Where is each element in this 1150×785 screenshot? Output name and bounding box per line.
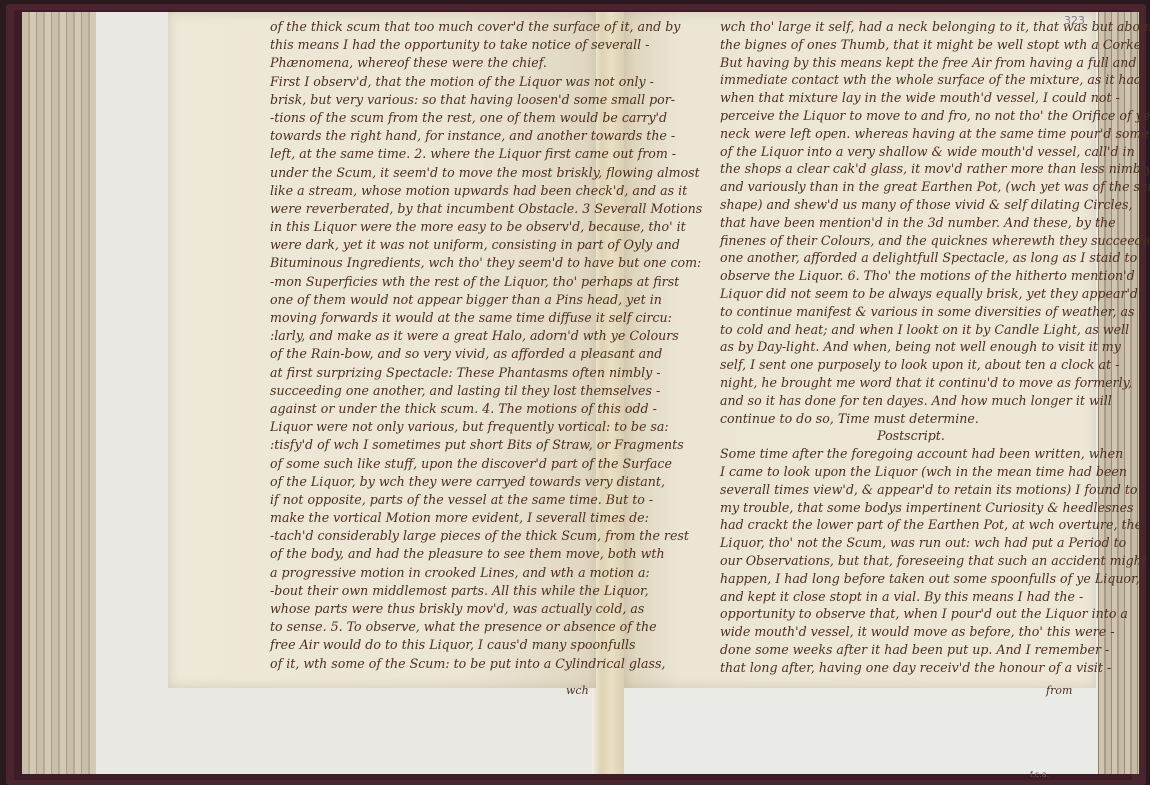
postscript-heading: Postscript.: [720, 427, 1092, 445]
manuscript-line: Liquor did not seem to be always equally…: [720, 285, 1092, 303]
left-page-text: of the thick scum that too much cover'd …: [270, 18, 596, 673]
manuscript-line: that long after, having one day receiv'd…: [720, 659, 1092, 677]
manuscript-line: the shops a clear cak'd glass, it mov'd …: [720, 160, 1092, 178]
manuscript-line: our Observations, but that, foreseeing t…: [720, 552, 1092, 570]
manuscript-line: in this Liquor were the more easy to be …: [270, 218, 596, 236]
manuscript-line: opportunity to observe that, when I pour…: [720, 605, 1092, 623]
manuscript-line: make the vortical Motion more evident, I…: [270, 509, 596, 527]
manuscript-line: Phænomena, whereof these were the chief.: [270, 54, 596, 72]
manuscript-line: of the Liquor into a very shallow & wide…: [720, 143, 1092, 161]
manuscript-line: and so it has done for ten dayes. And ho…: [720, 392, 1092, 410]
manuscript-line: were dark, yet it was not uniform, consi…: [270, 236, 596, 254]
manuscript-line: as by Day-light. And when, being not wel…: [720, 338, 1092, 356]
manuscript-line: Liquor were not only various, but freque…: [270, 418, 596, 436]
manuscript-line: brisk, but very various: so that having …: [270, 91, 596, 109]
manuscript-line: free Air would do to this Liquor, I caus…: [270, 636, 596, 654]
manuscript-line: left, at the same time. 2. where the Liq…: [270, 145, 596, 163]
manuscript-line: -tions of the scum from the rest, one of…: [270, 109, 596, 127]
manuscript-line: of it, wth some of the Scum: to be put i…: [270, 655, 596, 673]
right-page-text: wch tho' large it self, had a neck belon…: [720, 18, 1092, 676]
manuscript-line: the bignes of ones Thumb, that it might …: [720, 36, 1092, 54]
manuscript-line: like a stream, whose motion upwards had …: [270, 182, 596, 200]
manuscript-line: that have been mention'd in the 3d numbe…: [720, 214, 1092, 232]
manuscript-line: were reverberated, by that incumbent Obs…: [270, 200, 596, 218]
manuscript-line: :tisfy'd of wch I sometimes put short Bi…: [270, 436, 596, 454]
manuscript-line: and variously than in the great Earthen …: [720, 178, 1092, 196]
left-page-edges: [22, 12, 99, 774]
manuscript-line: wide mouth'd vessel, it would move as be…: [720, 623, 1092, 641]
manuscript-line: immediate contact wth the whole surface …: [720, 71, 1092, 89]
manuscript-line: -mon Superficies wth the rest of the Liq…: [270, 273, 596, 291]
manuscript-line: Bituminous Ingredients, wch tho' they se…: [270, 254, 596, 272]
manuscript-line: I came to look upon the Liquor (wch in t…: [720, 463, 1092, 481]
manuscript-line: -tach'd considerably large pieces of the…: [270, 527, 596, 545]
manuscript-line: night, he brought me word that it contin…: [720, 374, 1092, 392]
manuscript-line: of some such like stuff, upon the discov…: [270, 455, 596, 473]
bottom-edge-mark: f.c.a.: [1030, 770, 1049, 779]
manuscript-line: First I observ'd, that the motion of the…: [270, 73, 596, 91]
manuscript-line: one of them would not appear bigger than…: [270, 291, 596, 309]
manuscript-line: if not opposite, parts of the vessel at …: [270, 491, 596, 509]
manuscript-line: one another, afforded a delightfull Spec…: [720, 249, 1092, 267]
left-catchword: wch: [566, 684, 589, 697]
manuscript-line: towards the right hand, for instance, an…: [270, 127, 596, 145]
manuscript-line: observe the Liquor. 6. Tho' the motions …: [720, 267, 1092, 285]
manuscript-line: and kept it close stopt in a vial. By th…: [720, 588, 1092, 606]
manuscript-line: to continue manifest & various in some d…: [720, 303, 1092, 321]
manuscript-line: of the thick scum that too much cover'd …: [270, 18, 596, 36]
manuscript-line: of the Liquor, by wch they were carryed …: [270, 473, 596, 491]
manuscript-line: whose parts were thus briskly mov'd, was…: [270, 600, 596, 618]
manuscript-line: against or under the thick scum. 4. The …: [270, 400, 596, 418]
manuscript-line: to sense. 5. To observe, what the presen…: [270, 618, 596, 636]
manuscript-line: had crackt the lower part of the Earthen…: [720, 516, 1092, 534]
manuscript-line: :larly, and make as it were a great Halo…: [270, 327, 596, 345]
manuscript-line: of the body, and had the pleasure to see…: [270, 545, 596, 563]
manuscript-line: moving forwards it would at the same tim…: [270, 309, 596, 327]
manuscript-line: a progressive motion in crooked Lines, a…: [270, 564, 596, 582]
right-catchword: from: [1046, 684, 1072, 697]
manuscript-line: self, I sent one purposely to look upon …: [720, 356, 1092, 374]
manuscript-line: severall times view'd, & appear'd to ret…: [720, 481, 1092, 499]
manuscript-line: Some time after the foregoing account ha…: [720, 445, 1092, 463]
manuscript-line: wch tho' large it self, had a neck belon…: [720, 18, 1092, 36]
manuscript-line: But having by this means kept the free A…: [720, 54, 1092, 72]
manuscript-line: done some weeks after it had been put up…: [720, 641, 1092, 659]
manuscript-line: when that mixture lay in the wide mouth'…: [720, 89, 1092, 107]
manuscript-line: at first surprizing Spectacle: These Pha…: [270, 364, 596, 382]
manuscript-line: of the Rain-bow, and so very vivid, as a…: [270, 345, 596, 363]
manuscript-line: Liquor, tho' not the Scum, was run out: …: [720, 534, 1092, 552]
manuscript-line: -bout their own middlemost parts. All th…: [270, 582, 596, 600]
manuscript-line: happen, I had long before taken out some…: [720, 570, 1092, 588]
manuscript-line: succeeding one another, and lasting til …: [270, 382, 596, 400]
manuscript-line: under the Scum, it seem'd to move the mo…: [270, 164, 596, 182]
manuscript-line: continue to do so, Time must determine.: [720, 410, 1092, 428]
manuscript-line: to cold and heat; and when I lookt on it…: [720, 321, 1092, 339]
manuscript-line: neck were left open. whereas having at t…: [720, 125, 1092, 143]
manuscript-line: this means I had the opportunity to take…: [270, 36, 596, 54]
manuscript-line: my trouble, that some bodys impertinent …: [720, 499, 1092, 517]
manuscript-line: finenes of their Colours, and the quickn…: [720, 232, 1092, 250]
manuscript-line: perceive the Liquor to move to and fro, …: [720, 107, 1092, 125]
manuscript-line: shape) and shew'd us many of those vivid…: [720, 196, 1092, 214]
